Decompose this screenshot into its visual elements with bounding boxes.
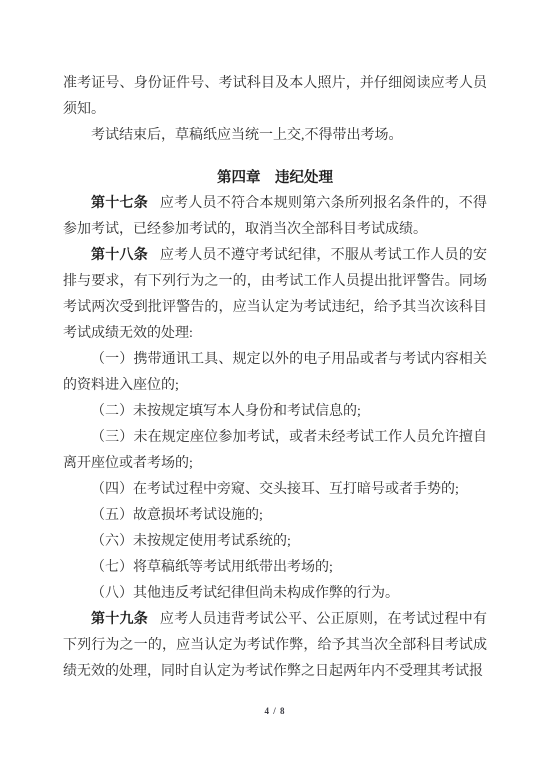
article-18-number: 第十八条 <box>91 248 148 263</box>
list-item-4: （四）在考试过程中旁窥、交头接耳、互打暗号或者手势的; <box>63 477 487 503</box>
paragraph-scratch-paper: 考试结束后，草稿纸应当统一上交,不得带出考场。 <box>63 123 487 149</box>
list-item-3: （三）未在规定座位参加考试，或者未经考试工作人员允许擅自离开座位或者考场的; <box>63 425 487 477</box>
article-19: 第十九条应考人员违背考试公平、公正原则，在考试过程中有下列行为之一的，应当认定为… <box>63 607 487 685</box>
document-content: 准考证号、身份证件号、考试科目及本人照片，并仔细阅读应考人员须知。 考试结束后，… <box>63 71 487 685</box>
list-item-6: （六）未按规定使用考试系统的; <box>63 529 487 555</box>
page-number-indicator: 4 / 8 <box>0 706 550 716</box>
article-19-number: 第十九条 <box>91 612 148 627</box>
article-18: 第十八条应考人员不遵守考试纪律，不服从考试工作人员的安排与要求，有下列行为之一的… <box>63 243 487 347</box>
list-item-8: （八）其他违反考试纪律但尚未构成作弊的行为。 <box>63 581 487 607</box>
document-page: 准考证号、身份证件号、考试科目及本人照片，并仔细阅读应考人员须知。 考试结束后，… <box>0 0 550 776</box>
list-item-5: （五）故意损坏考试设施的; <box>63 503 487 529</box>
list-item-7: （七）将草稿纸等考试用纸带出考场的; <box>63 555 487 581</box>
chapter-heading: 第四章 违纪处理 <box>63 165 487 191</box>
list-item-1: （一）携带通讯工具、规定以外的电子用品或者与考试内容相关的资料进入座位的; <box>63 347 487 399</box>
paragraph-continuation: 准考证号、身份证件号、考试科目及本人照片，并仔细阅读应考人员须知。 <box>63 71 487 123</box>
article-17: 第十七条应考人员不符合本规则第六条所列报名条件的，不得参加考试，已经参加考试的，… <box>63 191 487 243</box>
article-17-number: 第十七条 <box>91 196 148 211</box>
list-item-2: （二）未按规定填写本人身份和考试信息的; <box>63 399 487 425</box>
